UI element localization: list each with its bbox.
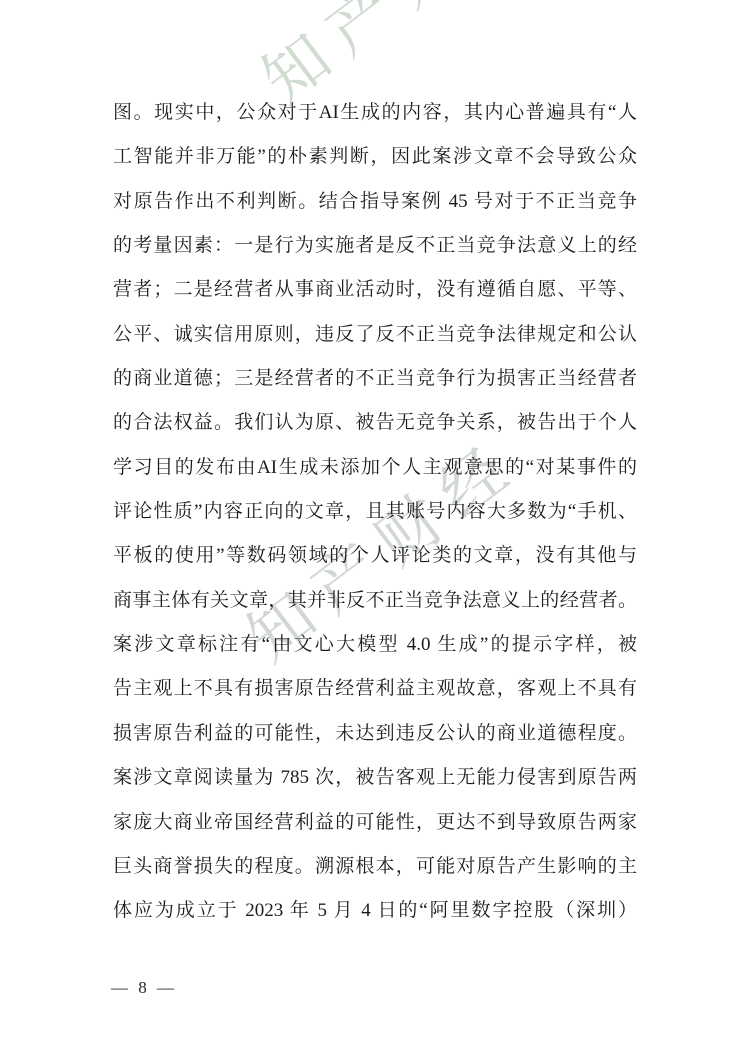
text-line: 家庞大商业帝国经营利益的可能性，更达不到导致原告两家 bbox=[113, 801, 637, 845]
text-line: 对原告作出不利判断。结合指导案例 45 号对于不正当竞争 bbox=[113, 180, 637, 224]
text-line: 商事主体有关文章，其并非反不正当竞争法意义上的经营者。 bbox=[113, 579, 637, 623]
text-line: 图。现实中，公众对于AI生成的内容，其内心普遍具有“人 bbox=[113, 91, 637, 135]
text-line: 公平、诚实信用原则，违反了反不正当竞争法律规定和公认 bbox=[113, 313, 637, 357]
text-line: 的合法权益。我们认为原、被告无竞争关系，被告出于个人 bbox=[113, 401, 637, 445]
text-line: 评论性质”内容正向的文章，且其账号内容大多数为“手机、 bbox=[113, 490, 637, 534]
text-line: 案涉文章标注有“由文心大模型 4.0 生成”的提示字样，被 bbox=[113, 623, 637, 667]
text-line: 学习目的发布由AI生成未添加个人主观意思的“对某事件的 bbox=[113, 446, 637, 490]
text-line: 工智能并非万能”的朴素判断，因此案涉文章不会导致公众 bbox=[113, 135, 637, 179]
page-number: — 8 — bbox=[111, 978, 177, 998]
document-page: 知产财经 知产财经 图。现实中，公众对于AI生成的内容，其内心普遍具有“人 工智… bbox=[0, 0, 750, 1061]
document-body: 图。现实中，公众对于AI生成的内容，其内心普遍具有“人 工智能并非万能”的朴素判… bbox=[113, 91, 637, 934]
text-line: 平板的使用”等数码领域的个人评论类的文章，没有其他与 bbox=[113, 534, 637, 578]
text-line: 损害原告利益的可能性，未达到违反公认的商业道德程度。 bbox=[113, 712, 637, 756]
text-line: 的商业道德；三是经营者的不正当竞争行为损害正当经营者 bbox=[113, 357, 637, 401]
text-line: 的考量因素：一是行为实施者是反不正当竞争法意义上的经 bbox=[113, 224, 637, 268]
text-line: 营者；二是经营者从事商业活动时，没有遵循自愿、平等、 bbox=[113, 268, 637, 312]
text-line: 体应为成立于 2023 年 5 月 4 日的“阿里数字控股（深圳） bbox=[113, 889, 637, 933]
text-line: 巨头商誉损失的程度。溯源根本，可能对原告产生影响的主 bbox=[113, 845, 637, 889]
text-line: 告主观上不具有损害原告经营利益主观故意，客观上不具有 bbox=[113, 667, 637, 711]
text-line: 案涉文章阅读量为 785 次，被告客观上无能力侵害到原告两 bbox=[113, 756, 637, 800]
